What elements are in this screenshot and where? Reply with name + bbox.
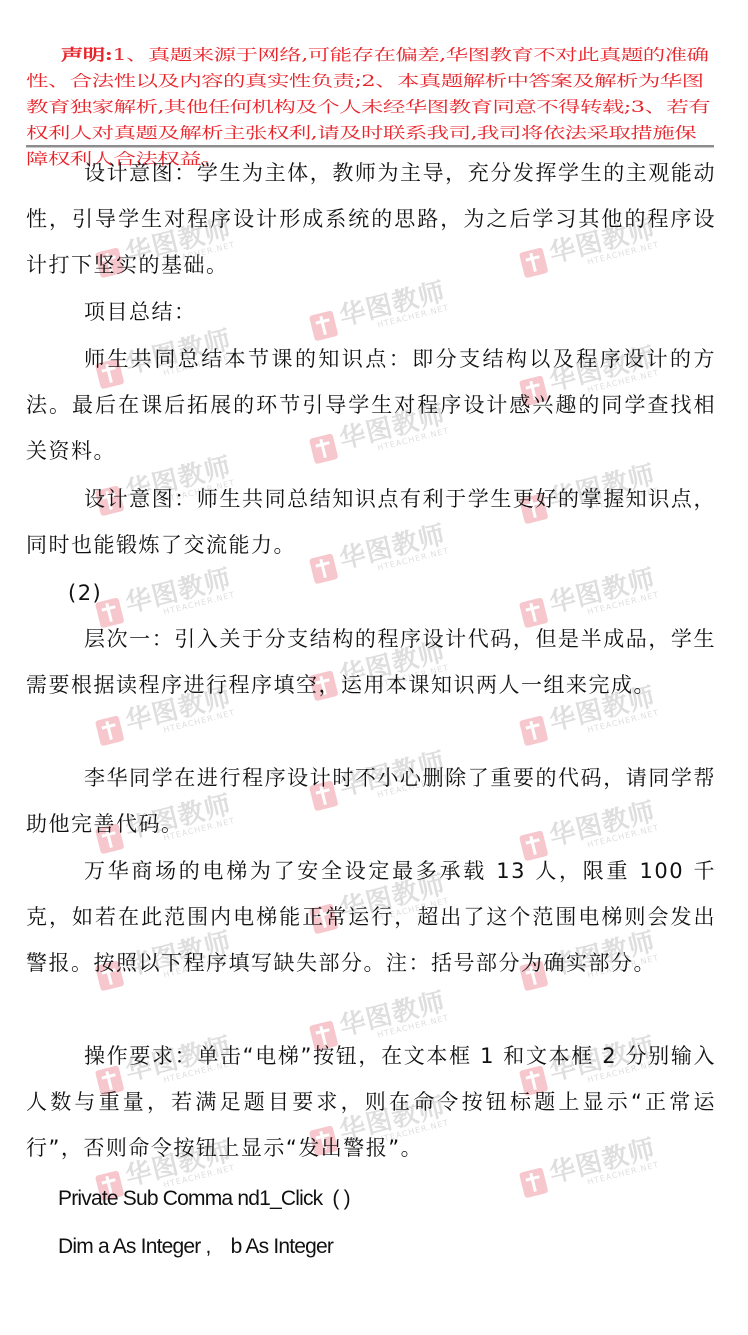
paragraph-level-one: 层次一：引入关于分支结构的程序设计代码，但是半成品，学生需要根据读程序进行程序填… <box>26 616 716 708</box>
paragraph-project-summary: 师生共同总结本节课的知识点：即分支结构以及程序设计的方法。最后在课后拓展的环节引… <box>26 336 716 474</box>
paragraph-design-intent-1: 设计意图：学生为主体，教师为主导，充分发挥学生的主观能动性，引导学生对程序设计形… <box>26 150 716 288</box>
paragraph-project-summary-heading: 项目总结： <box>26 289 716 335</box>
code-line-dim-declaration: Dim a As Integer , b As Integer <box>58 1235 333 1259</box>
huatu-logo-icon <box>519 715 549 746</box>
code-line-sub-declaration: Private Sub Comma nd1_Click ( ) <box>58 1187 350 1211</box>
huatu-logo-icon <box>519 1167 549 1198</box>
paragraph-operation-requirements: 操作要求：单击“电梯”按钮，在文本框 1 和文本框 2 分别输入人数与重量，若满… <box>26 1033 716 1171</box>
watermark-subtext: HTEACHER.NET <box>587 709 660 735</box>
paragraph-part-2-label: (2) <box>26 570 716 616</box>
watermark-subtext: HTEACHER.NET <box>163 709 236 735</box>
paragraph-task-intro: 李华同学在进行程序设计时不小心删除了重要的代码，请同学帮助他完善代码。 <box>26 755 716 847</box>
paragraph-elevator-problem: 万华商场的电梯为了安全设定最多承载 13 人，限重 100 千克，如若在此范围内… <box>26 848 716 986</box>
header-divider <box>26 145 714 148</box>
disclaimer-lead: 声明: <box>61 45 113 64</box>
huatu-logo-icon <box>95 715 125 746</box>
paragraph-design-intent-2: 设计意图：师生共同总结知识点有利于学生更好的掌握知识点，同时也能锻炼了交流能力。 <box>26 476 716 568</box>
